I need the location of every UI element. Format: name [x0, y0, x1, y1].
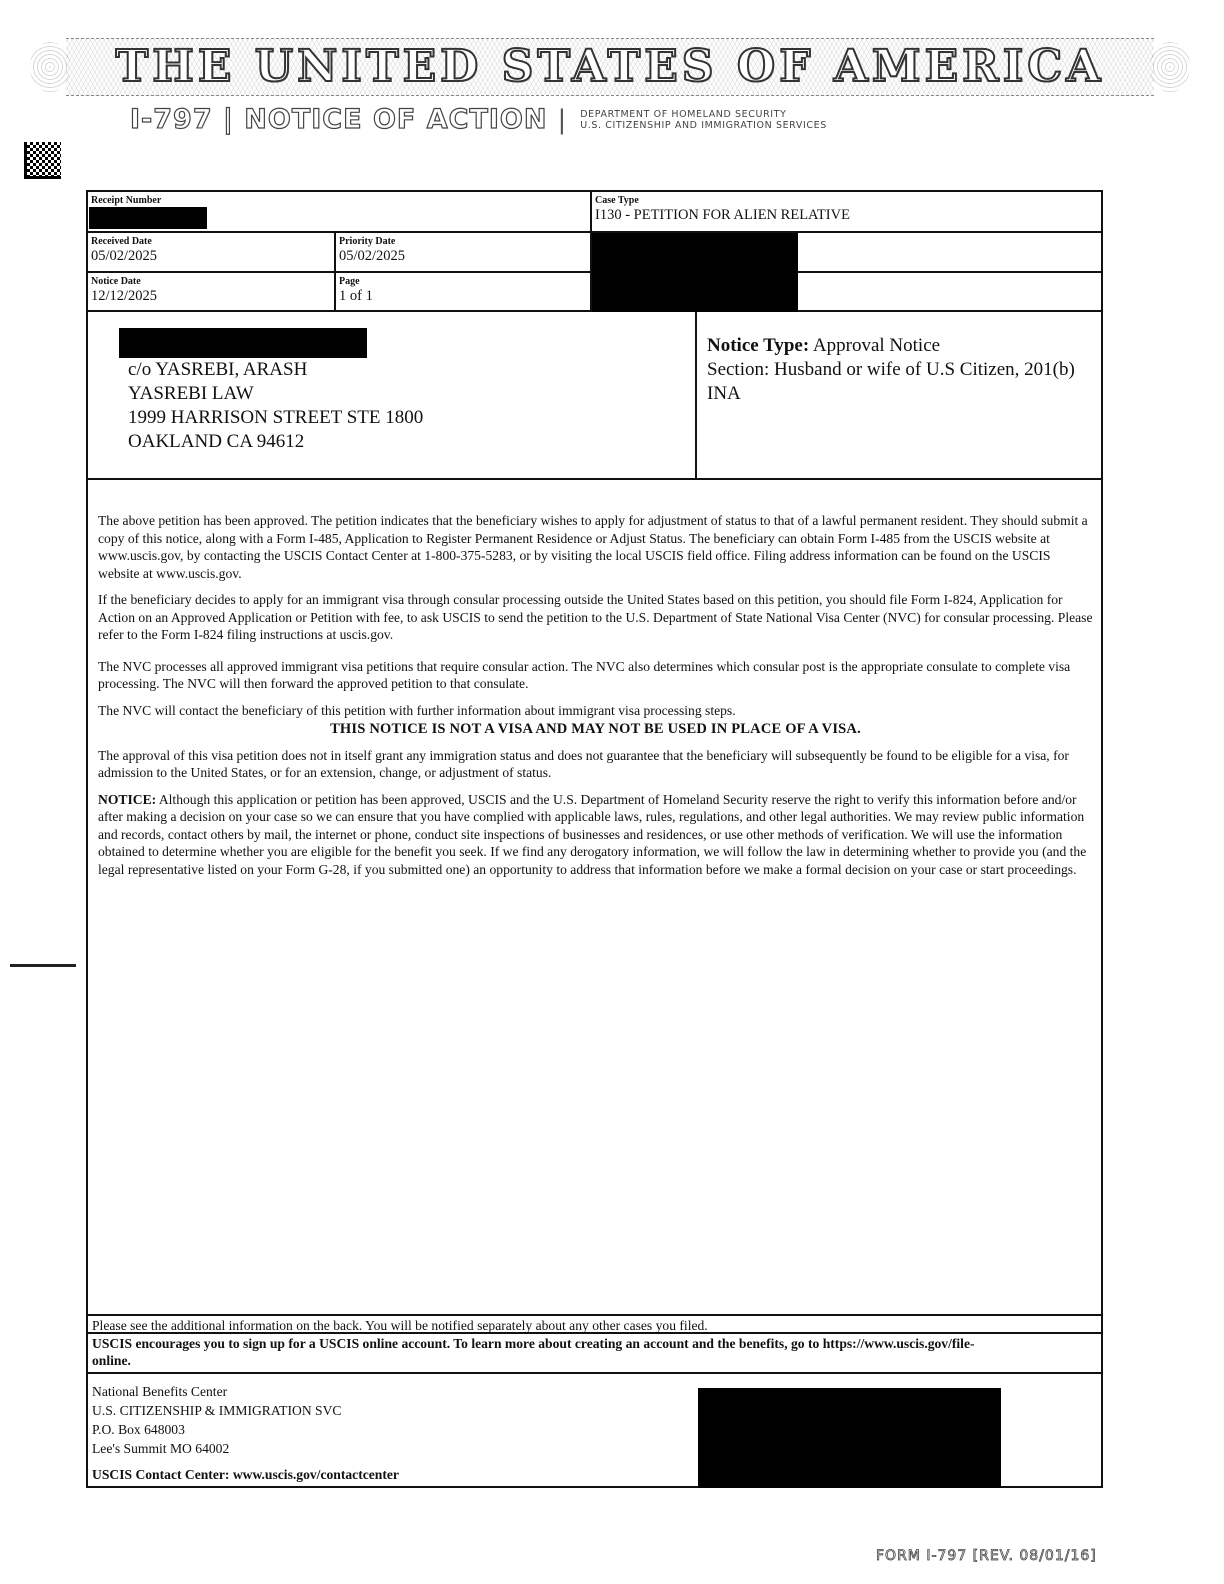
notice-form: Receipt Number Case Type I130 - PETITION…: [86, 190, 1103, 1488]
beneficiary-redacted: [592, 233, 798, 312]
page-value: 1 of 1: [339, 288, 586, 305]
body-paragraph: The NVC processes all approved immigrant…: [98, 658, 1093, 693]
case-type-value: I130 - PETITION FOR ALIEN RELATIVE: [595, 207, 1097, 224]
form-subheader: I-797 | NOTICE OF ACTION | DEPARTMENT OF…: [130, 104, 827, 135]
approval-disclaimer: The approval of this visa petition does …: [98, 747, 1093, 782]
receipt-number-label: Receipt Number: [91, 195, 586, 207]
page-label: Page: [339, 276, 586, 288]
recipient-name-redacted: [119, 328, 367, 358]
notice-info-cell: Notice Type: Approval Notice Section: Hu…: [697, 312, 1101, 478]
row-receipt: Receipt Number Case Type I130 - PETITION…: [88, 192, 1101, 233]
body-paragraph: If the beneficiary decides to apply for …: [98, 591, 1093, 644]
department-line-1: DEPARTMENT OF HOMELAND SECURITY: [580, 109, 786, 120]
office-line: P.O. Box 648003: [92, 1420, 341, 1439]
not-a-visa-warning: THIS NOTICE IS NOT A VISA AND MAY NOT BE…: [98, 721, 1093, 739]
department-line-2: U.S. CITIZENSHIP AND IMMIGRATION SERVICE…: [580, 120, 827, 131]
additional-info-row: Please see the additional information on…: [88, 1314, 1101, 1334]
address-line: YASREBI LAW: [128, 382, 423, 406]
separator: |: [557, 105, 566, 135]
datamatrix-barcode-icon: [24, 142, 61, 179]
received-date-label: Received Date: [91, 236, 330, 248]
notice-label: NOTICE:: [98, 792, 156, 807]
section-line: Section: Husband or wife of U.S Citizen,…: [707, 358, 1075, 382]
recipient-address: c/o YASREBI, ARASH YASREBI LAW 1999 HARR…: [128, 358, 423, 454]
notice-date-label: Notice Date: [91, 276, 330, 288]
notice-body: The above petition has been approved. Th…: [98, 512, 1093, 887]
receipt-number-cell: Receipt Number: [88, 192, 592, 231]
office-row: National Benefits Center U.S. CITIZENSHI…: [88, 1374, 1101, 1486]
address-line: 1999 HARRISON STREET STE 1800: [128, 406, 423, 430]
notice-text: Although this application or petition ha…: [98, 792, 1086, 877]
online-account-text: USCIS encourages you to sign up for a US…: [92, 1336, 975, 1368]
ornament-right-icon: [1150, 42, 1190, 92]
page-cell: Page 1 of 1: [336, 273, 592, 310]
additional-info-text: Please see the additional information on…: [92, 1318, 708, 1333]
contact-center: USCIS Contact Center: www.uscis.gov/cont…: [92, 1467, 399, 1483]
priority-date-value: 05/02/2025: [339, 248, 586, 265]
recipient-address-cell: c/o YASREBI, ARASH YASREBI LAW 1999 HARR…: [88, 312, 697, 478]
form-title: I-797 | NOTICE OF ACTION: [130, 104, 547, 135]
department-name: DEPARTMENT OF HOMELAND SECURITY U.S. CIT…: [580, 109, 827, 131]
address-line: OAKLAND CA 94612: [128, 430, 423, 454]
notice-info: Notice Type: Approval Notice Section: Hu…: [707, 334, 1075, 406]
received-date-cell: Received Date 05/02/2025: [88, 233, 336, 271]
notice-date-cell: Notice Date 12/12/2025: [88, 273, 336, 310]
body-paragraph: The NVC will contact the beneficiary of …: [98, 702, 1093, 720]
margin-mark: [10, 964, 76, 967]
service-center-address: National Benefits Center U.S. CITIZENSHI…: [92, 1382, 341, 1458]
case-type-label: Case Type: [595, 195, 1097, 207]
row-address: c/o YASREBI, ARASH YASREBI LAW 1999 HARR…: [88, 312, 1101, 480]
section-line-2: INA: [707, 382, 1075, 406]
office-line: National Benefits Center: [92, 1382, 341, 1401]
office-line: Lee's Summit MO 64002: [92, 1439, 341, 1458]
notice-type-value: Approval Notice: [813, 335, 940, 356]
notice-paragraph: NOTICE: Although this application or pet…: [98, 791, 1093, 879]
office-line: U.S. CITIZENSHIP & IMMIGRATION SVC: [92, 1401, 341, 1420]
notice-type-label: Notice Type:: [707, 335, 809, 356]
signature-redacted: [698, 1388, 1001, 1488]
notice-date-value: 12/12/2025: [91, 288, 330, 305]
priority-date-cell: Priority Date 05/02/2025: [336, 233, 592, 271]
receipt-number-redacted: [89, 207, 207, 229]
case-type-cell: Case Type I130 - PETITION FOR ALIEN RELA…: [592, 192, 1101, 231]
priority-date-label: Priority Date: [339, 236, 586, 248]
address-line: c/o YASREBI, ARASH: [128, 358, 423, 382]
body-paragraph: The above petition has been approved. Th…: [98, 512, 1093, 582]
header-banner: THE UNITED STATES OF AMERICA: [30, 38, 1190, 96]
online-account-row: USCIS encourages you to sign up for a US…: [88, 1334, 1101, 1374]
ornament-left-icon: [30, 42, 70, 92]
form-revision: FORM I-797 [REV. 08/01/16]: [876, 1548, 1097, 1564]
received-date-value: 05/02/2025: [91, 248, 330, 265]
banner-title: THE UNITED STATES OF AMERICA: [116, 45, 1105, 89]
